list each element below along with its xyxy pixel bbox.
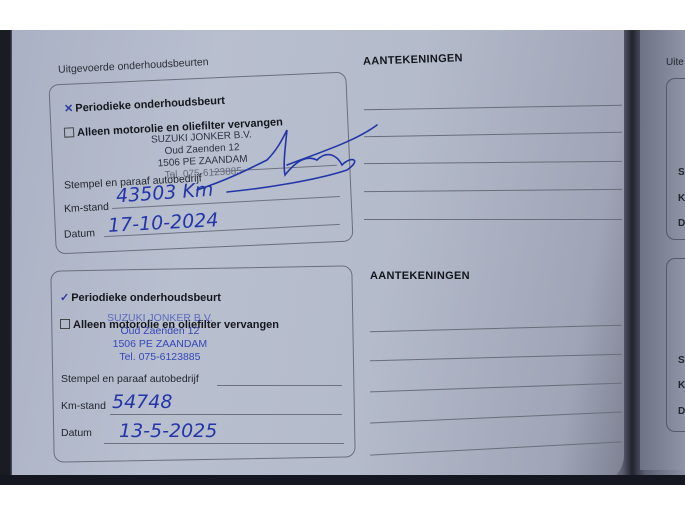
dealer-stamp-2: SUZUKI JONKER B.V. Oud Zaenden 12 1506 P… — [107, 312, 213, 364]
booklet-photo: Uitgevoerde onderhoudsbeurten ✕Periodiek… — [0, 30, 685, 485]
section-heading: Uitgevoerde onderhoudsbeurten — [58, 56, 209, 76]
km-label-1: Km-stand — [64, 201, 110, 215]
stamp-line-rule — [217, 385, 342, 386]
next-page-letter: S — [678, 167, 685, 178]
signature-scribble — [187, 120, 387, 200]
stamp-line: Tel. 075-6123885 — [107, 351, 213, 364]
option-periodic-2: ✓Periodieke onderhoudsbeurt — [60, 291, 221, 304]
checkbox-empty-icon — [60, 319, 70, 329]
next-page-letter: K — [678, 380, 685, 391]
checkbox-empty-icon — [64, 127, 75, 138]
stamp-line: 1506 PE ZAANDAM — [107, 338, 213, 351]
stamp-line: Oud Zaenden 12 — [107, 325, 213, 338]
stamp-line: SUZUKI JONKER B.V. — [107, 312, 213, 325]
note-line — [370, 383, 622, 393]
note-line — [364, 189, 622, 192]
note-line — [364, 132, 622, 138]
stamp-label-2: Stempel en paraaf autobedrijf — [61, 373, 199, 385]
notes-heading-2: AANTEKENINGEN — [370, 270, 470, 282]
next-page-entry-box — [666, 78, 685, 240]
next-page-letter: K — [678, 193, 685, 204]
next-page-letter: D — [678, 218, 685, 229]
note-line — [370, 325, 622, 333]
note-line — [370, 412, 622, 424]
km-label-2: Km-stand — [61, 400, 106, 412]
date-rule — [104, 443, 344, 444]
next-page-edge: Uite S K D S K D — [640, 30, 685, 470]
note-line — [370, 354, 622, 362]
date-label-2: Datum — [61, 427, 92, 439]
next-page-letter: D — [678, 406, 685, 417]
notes-heading-1: AANTEKENINGEN — [363, 52, 463, 67]
note-line — [364, 219, 622, 220]
note-line — [370, 441, 622, 455]
date-value-2: 13-5-2025 — [119, 420, 217, 442]
km-rule — [110, 414, 342, 415]
table-surface — [0, 475, 685, 485]
checkmark-x-icon: ✕ — [64, 103, 74, 115]
date-label-1: Datum — [64, 227, 96, 241]
km-value-2: 54748 — [112, 391, 172, 413]
note-line — [364, 161, 622, 164]
note-line — [364, 105, 622, 111]
booklet-page: Uitgevoerde onderhoudsbeurten ✕Periodiek… — [12, 30, 624, 485]
checkmark-tick-icon: ✓ — [60, 292, 69, 304]
next-page-letter: S — [678, 355, 685, 366]
next-page-heading-fragment: Uite — [666, 57, 684, 68]
